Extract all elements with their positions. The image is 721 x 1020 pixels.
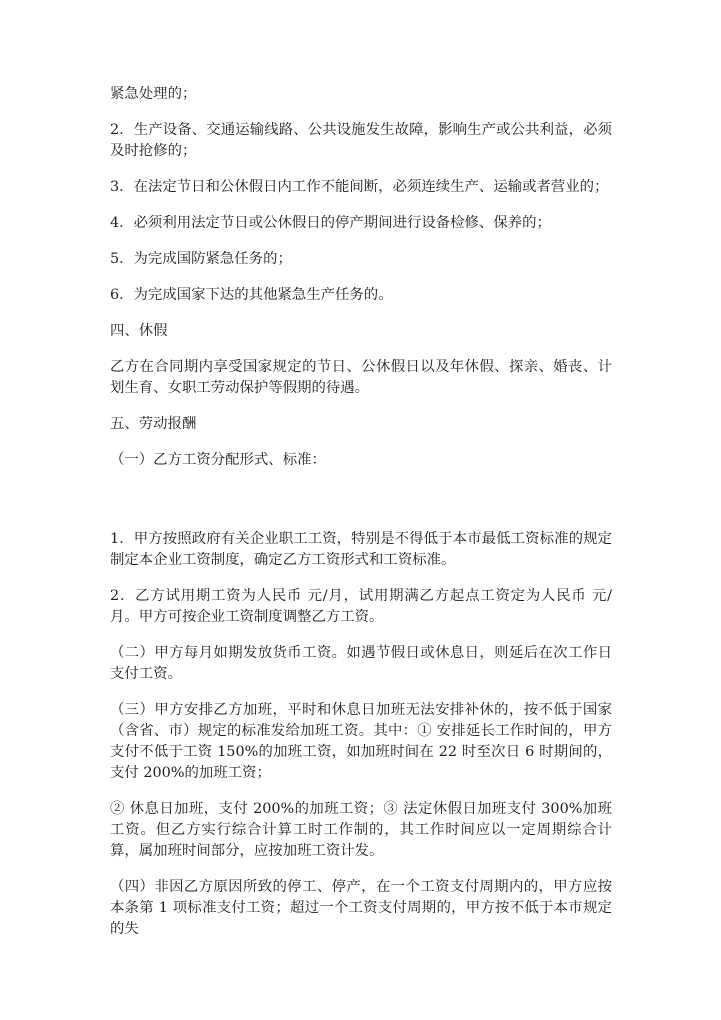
- paragraph: （三）甲方安排乙方加班，平时和休息日加班无法安排补休的，按不低于国家（含省、市）…: [110, 700, 612, 784]
- paragraph: 紧急处理的；: [110, 84, 612, 105]
- section-heading: 五、劳动报酬: [110, 414, 612, 435]
- paragraph: 4．必须利用法定节日或公休假日的停产期间进行设备检修、保养的；: [110, 213, 612, 234]
- paragraph: 5．为完成国防紧急任务的；: [110, 249, 612, 270]
- document-page: 紧急处理的；2．生产设备、交通运输线路、公共设施发生故障，影响生产或公共利益，必…: [0, 0, 721, 1020]
- section-heading: 四、休假: [110, 321, 612, 342]
- paragraph: （二）甲方每月如期发放货币工资。如遇节假日或休息日，则延后在次工作日支付工资。: [110, 643, 612, 685]
- paragraph: 6．为完成国家下达的其他紧急生产任务的。: [110, 285, 612, 306]
- paragraph: 乙方在合同期内享受国家规定的节日、公休假日以及年休假、探亲、婚丧、计划生育、女职…: [110, 357, 612, 399]
- paragraph: 2．乙方试用期工资为人民币 元/月，试用期满乙方起点工资定为人民币 元/月。甲方…: [110, 586, 612, 628]
- blank-space: [110, 486, 612, 529]
- paragraph: 3．在法定节日和公休假日内工作不能间断，必须连续生产、运输或者营业的；: [110, 177, 612, 198]
- paragraph: ② 休息日加班，支付 200%的加班工资；③ 法定休假日加班支付 300%加班工…: [110, 799, 612, 862]
- paragraph: 1．甲方按照政府有关企业职工工资，特别是不得低于本市最低工资标准的规定制定本企业…: [110, 529, 612, 571]
- paragraph: 2．生产设备、交通运输线路、公共设施发生故障，影响生产或公共利益，必须及时抢修的…: [110, 120, 612, 162]
- paragraph: （四）非因乙方原因所致的停工、停产，在一个工资支付周期内的，甲方应按本条第 1 …: [110, 877, 612, 940]
- paragraph: （一）乙方工资分配形式、标准：: [110, 450, 612, 471]
- document-body: 紧急处理的；2．生产设备、交通运输线路、公共设施发生故障，影响生产或公共利益，必…: [110, 84, 612, 940]
